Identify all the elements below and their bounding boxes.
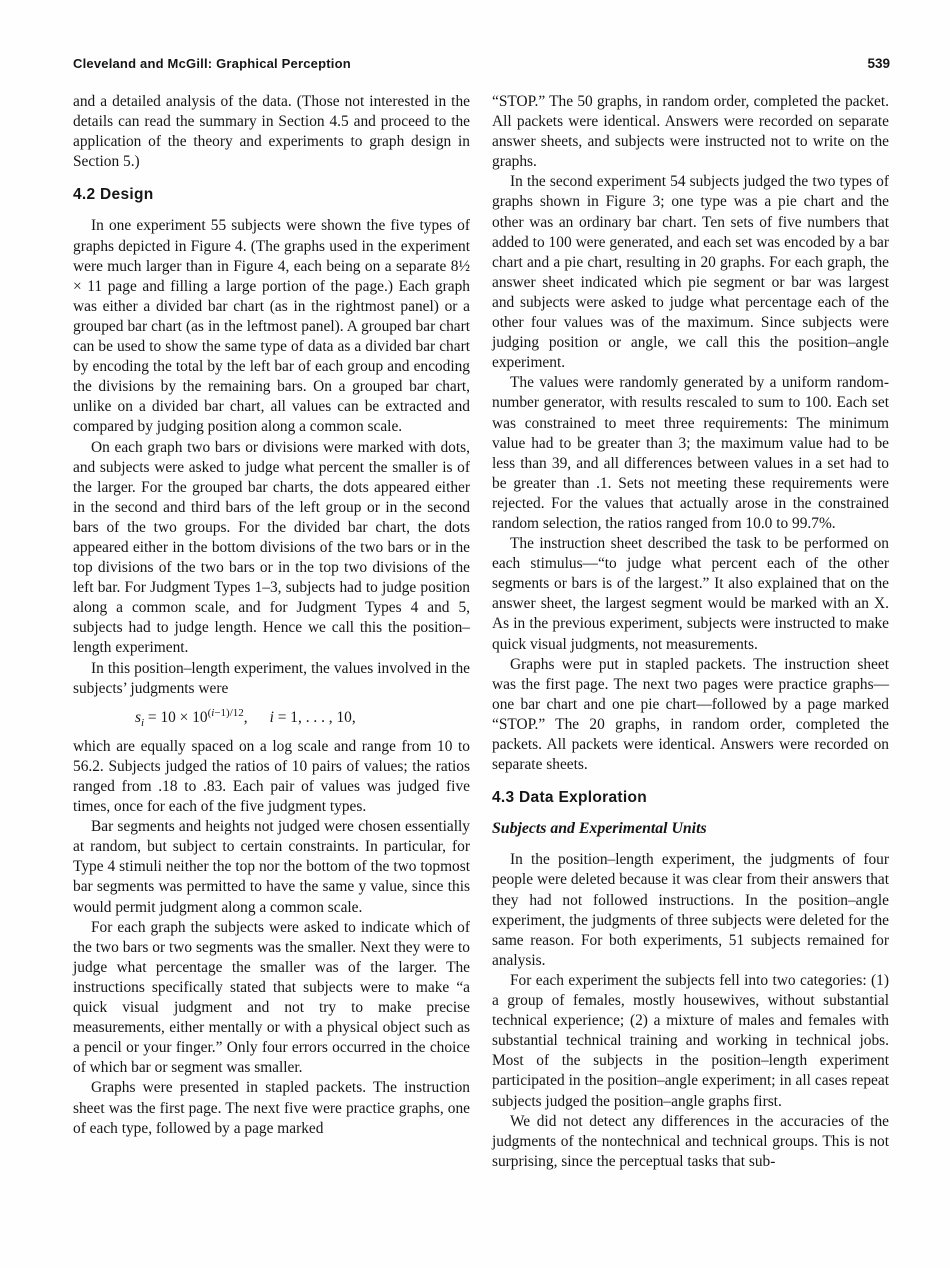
paragraph: On each graph two bars or divisions were… xyxy=(73,438,470,659)
journal-page: Cleveland and McGill: Graphical Percepti… xyxy=(0,0,950,1268)
paragraph: For each experiment the subjects fell in… xyxy=(492,971,889,1112)
paragraph: Graphs were presented in stapled packets… xyxy=(73,1078,470,1138)
paragraph: The instruction sheet described the task… xyxy=(492,534,889,655)
paragraph: In this position–length experiment, the … xyxy=(73,659,470,699)
paragraph: We did not detect any differences in the… xyxy=(492,1112,889,1172)
paragraph: “STOP.” The 50 graphs, in random order, … xyxy=(492,92,889,172)
paragraph: In one experiment 55 subjects were shown… xyxy=(73,216,470,437)
paragraph: In the second experiment 54 subjects jud… xyxy=(492,172,889,373)
subsection-heading-subjects: Subjects and Experimental Units xyxy=(492,819,889,839)
section-heading-data-exploration: 4.3 Data Exploration xyxy=(492,788,889,808)
left-column: and a detailed analysis of the data. (Th… xyxy=(73,92,470,1172)
paragraph: Bar segments and heights not judged were… xyxy=(73,817,470,917)
equation: si = 10 × 10(i−1)/12,i = 1, . . . , 10, xyxy=(73,708,470,728)
running-title: Cleveland and McGill: Graphical Percepti… xyxy=(73,56,351,71)
running-header: Cleveland and McGill: Graphical Percepti… xyxy=(73,56,890,71)
paragraph: In the position–length experiment, the j… xyxy=(492,850,889,971)
paragraph: Graphs were put in stapled packets. The … xyxy=(492,655,889,776)
equation-index-range: = 1, . . . , 10, xyxy=(274,709,356,726)
equation-comma: , xyxy=(244,709,248,726)
paragraph: which are equally spaced on a log scale … xyxy=(73,737,470,817)
section-heading-design: 4.2 Design xyxy=(73,185,470,205)
paragraph: and a detailed analysis of the data. (Th… xyxy=(73,92,470,172)
two-column-layout: and a detailed analysis of the data. (Th… xyxy=(73,92,890,1172)
equation-body: = 10 × 10 xyxy=(144,709,208,726)
right-column: “STOP.” The 50 graphs, in random order, … xyxy=(492,92,889,1172)
page-number: 539 xyxy=(867,56,890,71)
paragraph: The values were randomly generated by a … xyxy=(492,373,889,534)
paragraph: For each graph the subjects were asked t… xyxy=(73,918,470,1079)
equation-exponent: (i−1)/12 xyxy=(208,707,244,719)
